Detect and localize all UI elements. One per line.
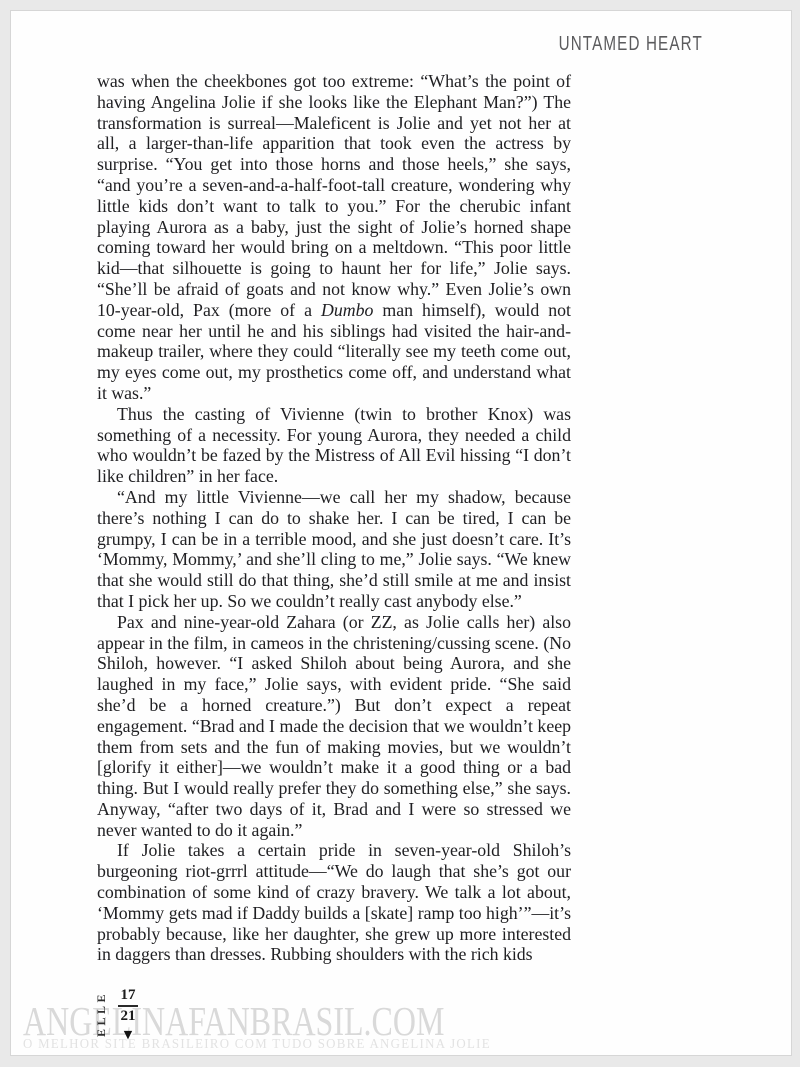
page-number-total: 21 — [115, 1008, 141, 1025]
page-indicator: 17 21 ▼ — [115, 987, 141, 1040]
paragraph: Thus the casting of Vivienne (twin to br… — [97, 404, 571, 487]
article-body: was when the cheekbones got too extreme:… — [97, 71, 571, 965]
scan-background: UNTAMED HEART was when the cheekbones go… — [0, 0, 800, 1067]
page-number-current: 17 — [115, 987, 141, 1004]
running-head-title: UNTAMED HEART — [559, 33, 703, 56]
magazine-page: UNTAMED HEART was when the cheekbones go… — [10, 10, 792, 1056]
paragraph: If Jolie takes a certain pride in seven-… — [97, 840, 571, 965]
elle-magazine-logo: ELLE — [95, 987, 108, 1037]
paragraph: was when the cheekbones got too extreme:… — [97, 71, 571, 404]
down-arrow-icon: ▼ — [115, 1029, 141, 1040]
watermark-tagline: O MELHOR SITE BRASILEIRO COM TUDO SOBRE … — [23, 1037, 491, 1053]
fraction-divider — [118, 1005, 138, 1007]
page-footer: ELLE 17 21 ▼ — [95, 987, 141, 1040]
paragraph: Pax and nine-year-old Zahara (or ZZ, as … — [97, 612, 571, 841]
watermark-site-name: ANGELINAFANBRASIL.COM — [23, 997, 444, 1045]
paragraph: “And my little Vivienne—we call her my s… — [97, 487, 571, 612]
